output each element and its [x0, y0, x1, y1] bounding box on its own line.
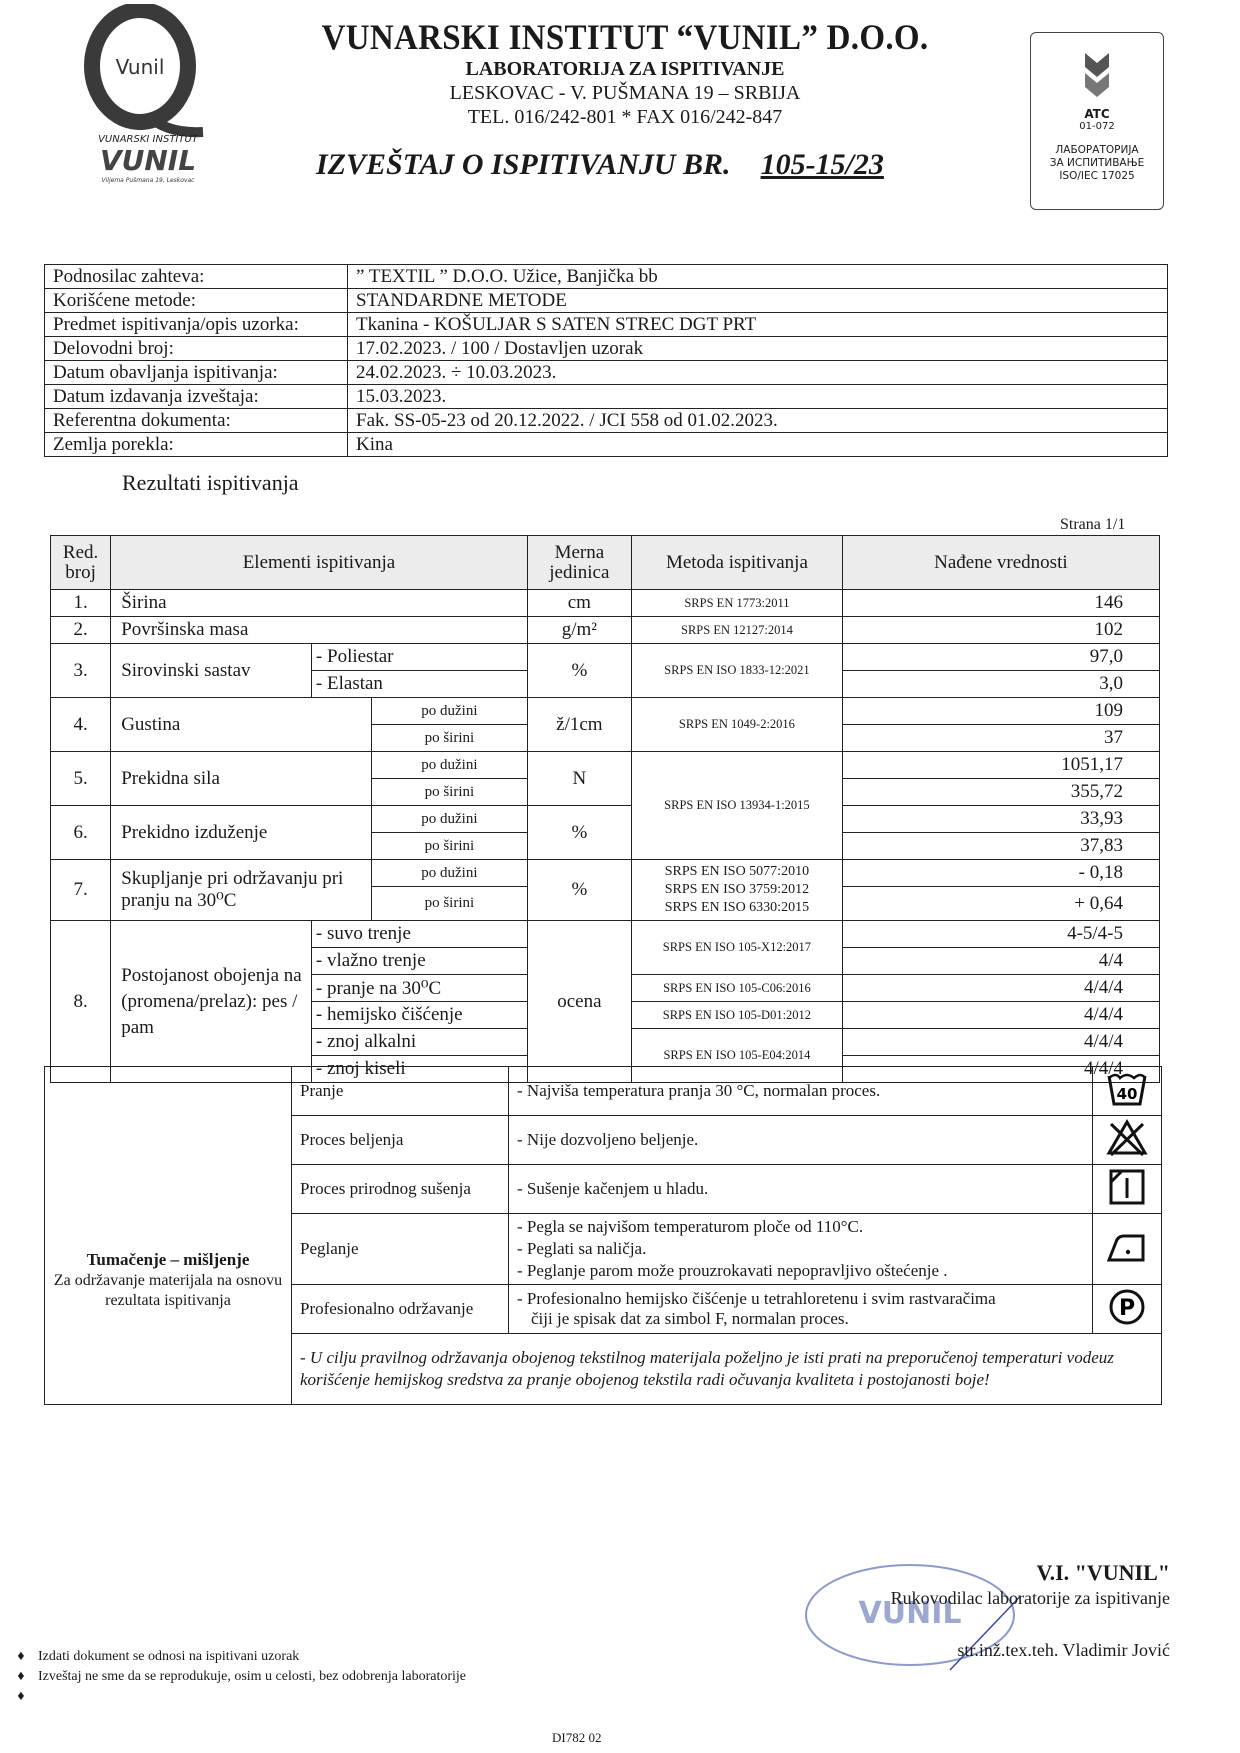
- accreditation-line1: ЛАБОРАТОРИЈА: [1031, 144, 1163, 157]
- care-text: - Nije dozvoljeno beljenje.: [509, 1116, 1093, 1165]
- method-line: SRPS EN ISO 5077:2010: [636, 863, 838, 881]
- document-id: DI782 02: [552, 1730, 601, 1746]
- info-row: Datum obavljanja ispitivanja:24.02.2023.…: [45, 361, 1168, 385]
- care-text: - Najviša temperatura pranja 30 °C, norm…: [509, 1067, 1093, 1116]
- interpretation-title: Tumačenje – mišljenje: [87, 1250, 250, 1269]
- institute-address: LESKOVAC - V. PUŠMANA 19 – SRBIJA: [300, 82, 950, 105]
- info-label: Zemlja porekla:: [45, 433, 348, 457]
- interpretation-text: Za održavanje materijala na osnovu rezul…: [53, 1271, 283, 1311]
- care-text: - Sušenje kačenjem u hladu.: [509, 1165, 1093, 1214]
- line-dry-shade-icon: [1106, 1168, 1148, 1206]
- info-value: ” TEXTIL ” D.O.O. Užice, Banjička bb: [348, 265, 1168, 289]
- info-value: Tkanina - KOŠULJAR S SATEN STREC DGT PRT: [348, 313, 1168, 337]
- col-header-no: Red. broj: [51, 536, 111, 590]
- care-text-line: - Pegla se najvišom temperaturom ploče o…: [517, 1216, 1084, 1238]
- accreditation-label: ATC: [1031, 107, 1163, 121]
- care-text-line: - Peglanje parom može prouzrokavati nepo…: [517, 1260, 1084, 1282]
- info-label: Delovodni broj:: [45, 337, 348, 361]
- info-row: Delovodni broj:17.02.2023. / 100 / Dosta…: [45, 337, 1168, 361]
- info-row: Predmet ispitivanja/opis uzorka:Tkanina …: [45, 313, 1168, 337]
- col-header-method: Metoda ispitivanja: [632, 536, 843, 590]
- care-label: Pranje: [292, 1067, 509, 1116]
- care-label: Peglanje: [292, 1214, 509, 1285]
- svg-text:40: 40: [1117, 1085, 1138, 1103]
- col-header-unit: Merna jedinica: [527, 536, 631, 590]
- col-header-value: Nađene vrednosti: [842, 536, 1159, 590]
- table-row: 4. Gustina po dužini ž/1cm SRPS EN 1049-…: [51, 698, 1160, 725]
- care-row: Tumačenje – mišljenje Za održavanje mate…: [45, 1067, 1162, 1116]
- table-row: 7. Skupljanje pri održavanju pri pranju …: [51, 860, 1160, 887]
- report-number: 105-15/23: [731, 148, 890, 181]
- accreditation-badge: ATC 01-072 ЛАБОРАТОРИЈА ЗА ИСПИТИВАЊЕ IS…: [1030, 32, 1164, 210]
- wash-40-icon: 40: [1106, 1070, 1148, 1108]
- info-value: Fak. SS-05-23 od 20.12.2022. / JCI 558 o…: [348, 409, 1168, 433]
- institute-name: VUNARSKI INSTITUT “VUNIL” D.O.O.: [300, 19, 950, 59]
- footer-note: ♦Izveštaj ne sme da se reprodukuje, osim…: [4, 1669, 466, 1685]
- info-label: Datum obavljanja ispitivanja:: [45, 361, 348, 385]
- svg-text:VUNIL: VUNIL: [100, 144, 196, 177]
- report-title-prefix: IZVEŠTAJ O ISPITIVANJU BR.: [316, 148, 731, 181]
- results-heading: Rezultati ispitivanja: [122, 470, 299, 496]
- table-row: 6. Prekidno izduženje po dužini % 33,93: [51, 806, 1160, 833]
- dry-clean-p-icon: P: [1106, 1288, 1148, 1326]
- care-text-line: - Profesionalno hemijsko čišćenje u tetr…: [517, 1289, 1084, 1309]
- results-table: Red. broj Elementi ispitivanja Merna jed…: [50, 535, 1160, 1083]
- accreditation-line3: ISO/IEC 17025: [1031, 170, 1163, 183]
- info-row: Zemlja porekla:Kina: [45, 433, 1168, 457]
- info-value: Kina: [348, 433, 1168, 457]
- accreditation-logo-icon: [1077, 49, 1117, 99]
- table-row: 3. Sirovinski sastav - Poliestar % SRPS …: [51, 644, 1160, 671]
- info-value: STANDARDNE METODE: [348, 289, 1168, 313]
- footer-note: ♦Izdati dokument se odnosi na ispitivani…: [4, 1649, 299, 1665]
- care-note: - U cilju pravilnog održavanja obojenog …: [292, 1334, 1162, 1405]
- info-row: Korišćene metode:STANDARDNE METODE: [45, 289, 1168, 313]
- iron-low-icon: [1106, 1228, 1148, 1266]
- info-row: Referentna dokumenta:Fak. SS-05-23 od 20…: [45, 409, 1168, 433]
- accreditation-line2: ЗА ИСПИТИВАЊЕ: [1031, 157, 1163, 170]
- info-row: Podnosilac zahteva:” TEXTIL ” D.O.O. Uži…: [45, 265, 1168, 289]
- svg-text:P: P: [1119, 1296, 1135, 1321]
- interpretation-cell: Tumačenje – mišljenje Za održavanje mate…: [45, 1067, 292, 1405]
- care-text-line: - Peglati sa naličja.: [517, 1238, 1084, 1260]
- svg-text:Viljema Pušmana 19, Leskovac: Viljema Pušmana 19, Leskovac: [102, 177, 196, 184]
- care-label: Proces beljenja: [292, 1116, 509, 1165]
- signature-org: V.I. "VUNIL": [990, 1560, 1170, 1586]
- info-label: Podnosilac zahteva:: [45, 265, 348, 289]
- no-bleach-icon: [1106, 1119, 1148, 1157]
- report-title: IZVEŠTAJ O ISPITIVANJU BR.105-15/23: [316, 148, 890, 182]
- page-number: Strana 1/1: [1060, 516, 1125, 534]
- info-label: Referentna dokumenta:: [45, 409, 348, 433]
- info-label: Datum izdavanja izveštaja:: [45, 385, 348, 409]
- institute-contact: TEL. 016/242-801 * FAX 016/242-847: [300, 106, 950, 129]
- footer-note: ♦: [4, 1689, 38, 1705]
- table-row: 5. Prekidna sila po dužini N SRPS EN ISO…: [51, 752, 1160, 779]
- info-label: Korišćene metode:: [45, 289, 348, 313]
- table-row: 1. Širina cm SRPS EN 1773:2011 146: [51, 590, 1160, 617]
- info-value: 15.03.2023.: [348, 385, 1168, 409]
- col-header-element: Elementi ispitivanja: [111, 536, 527, 590]
- care-label: Proces prirodnog sušenja: [292, 1165, 509, 1214]
- info-value: 17.02.2023. / 100 / Dostavljen uzorak: [348, 337, 1168, 361]
- info-label: Predmet ispitivanja/opis uzorka:: [45, 313, 348, 337]
- vunil-logo: Vunil VUNARSKI INSTITUT VUNIL Viljema Pu…: [78, 4, 218, 184]
- accreditation-number: 01-072: [1031, 121, 1163, 132]
- info-value: 24.02.2023. ÷ 10.03.2023.: [348, 361, 1168, 385]
- request-info-table: Podnosilac zahteva:” TEXTIL ” D.O.O. Uži…: [44, 264, 1168, 457]
- signature-role: Rukovodilac laboratorije za ispitivanje: [860, 1588, 1170, 1609]
- lab-name: LABORATORIJA ZA ISPITIVANJE: [300, 58, 950, 81]
- svg-text:Vunil: Vunil: [116, 55, 165, 79]
- info-row: Datum izdavanja izveštaja:15.03.2023.: [45, 385, 1168, 409]
- care-instructions-table: Tumačenje – mišljenje Za održavanje mate…: [44, 1066, 1162, 1405]
- care-label: Profesionalno održavanje: [292, 1285, 509, 1334]
- method-line: SRPS EN ISO 6330:2015: [636, 899, 838, 917]
- table-row: 8. Postojanost obojenja na (promena/prel…: [51, 921, 1160, 948]
- table-row: 2. Površinska masa g/m² SRPS EN 12127:20…: [51, 617, 1160, 644]
- care-text-line: čiji je spisak dat za simbol F, normalan…: [517, 1309, 1084, 1329]
- method-line: SRPS EN ISO 3759:2012: [636, 881, 838, 899]
- signature-name: str.inž.tex.teh. Vladimir Jović: [860, 1640, 1170, 1661]
